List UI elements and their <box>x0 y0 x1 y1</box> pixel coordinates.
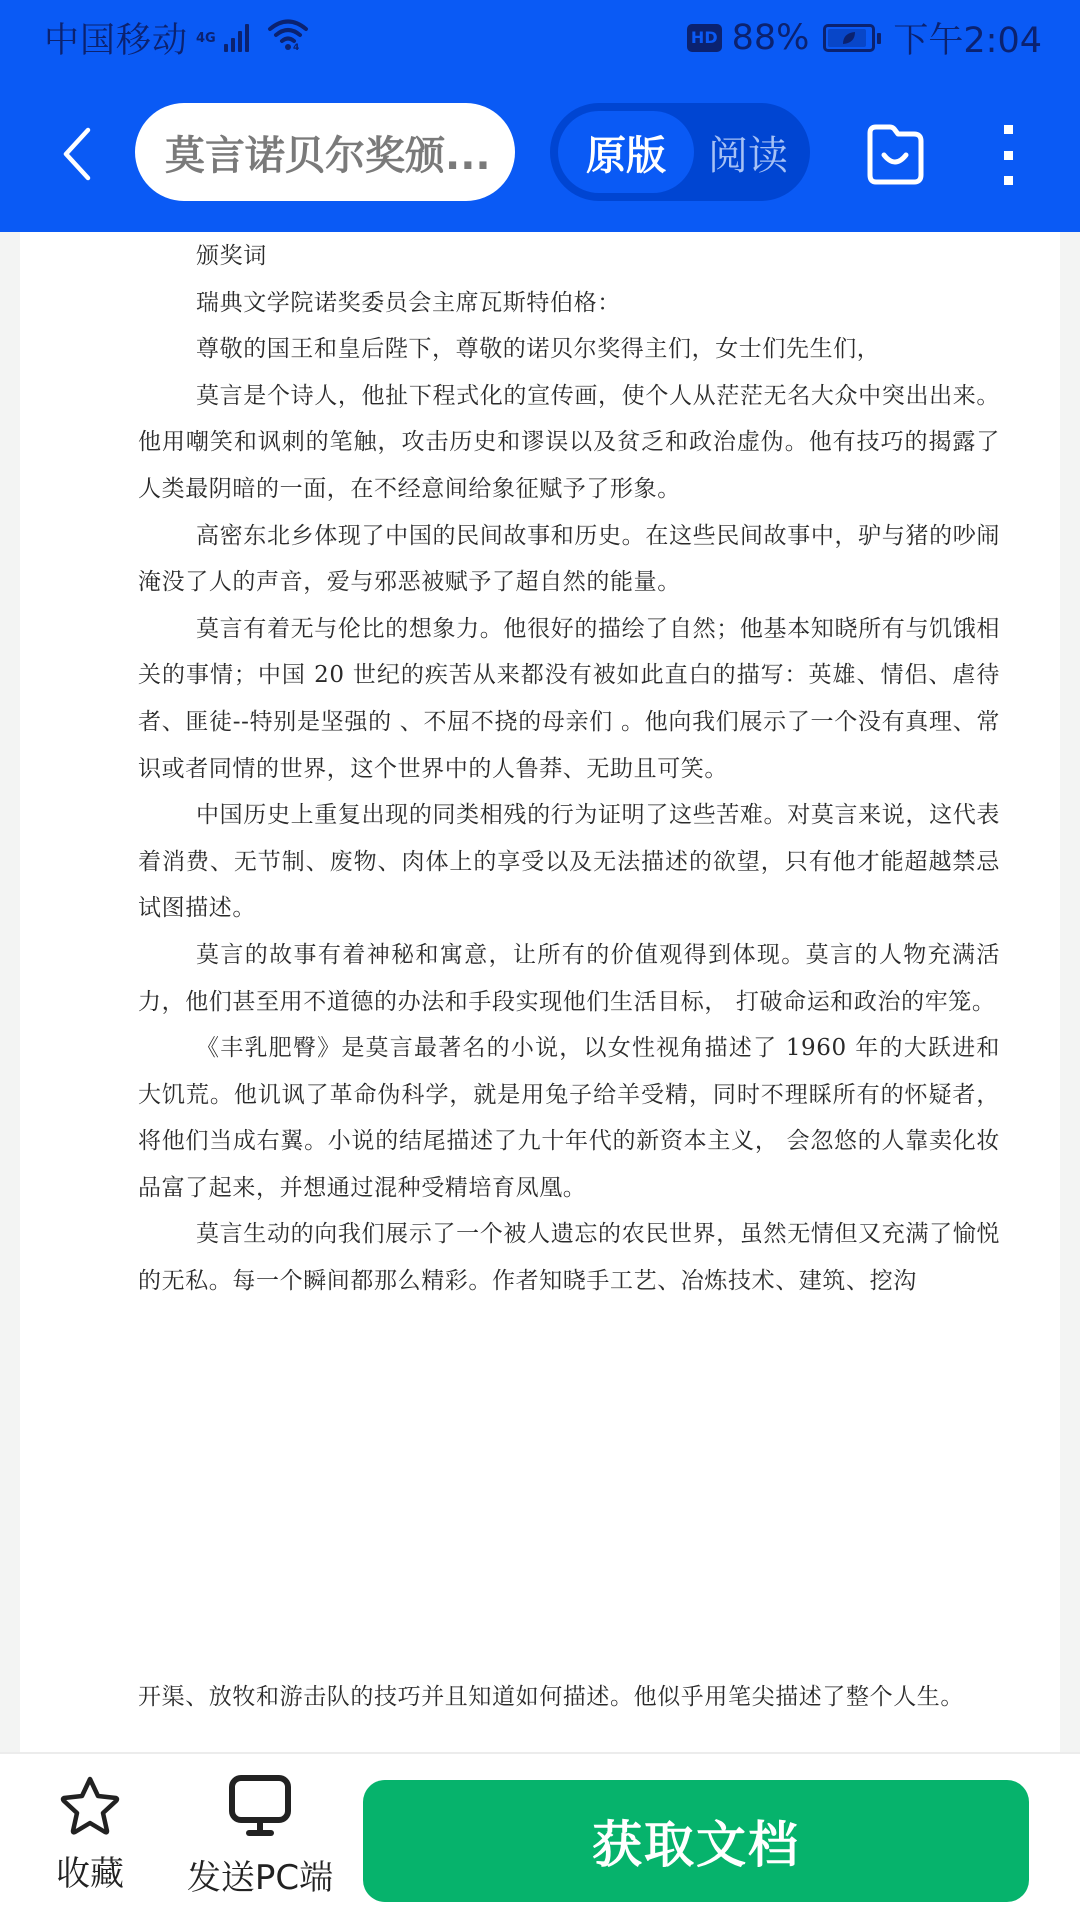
document-scroll-area[interactable]: 颁奖词 瑞典文学院诺奖委员会主席瓦斯特伯格： 尊敬的国王和皇后陛下，尊敬的诺贝尔… <box>0 232 1080 1752</box>
hd-icon: HD <box>687 24 722 52</box>
save-to-folder-button[interactable] <box>860 121 930 189</box>
document-title[interactable]: 莫言诺贝尔奖颁... <box>135 103 515 201</box>
battery-saver-icon <box>823 24 875 52</box>
carrier-name: 中国移动 <box>44 13 188 63</box>
send-to-pc-button[interactable]: 发送PC端 <box>180 1774 340 1899</box>
clock: 下午2:04 <box>893 13 1042 63</box>
star-outline-icon <box>57 1774 123 1836</box>
paragraph: 莫言是个诗人，他扯下程式化的宣传画，使个人从茫茫无名大众中突出出来。 他用嘲笑和… <box>138 373 1000 513</box>
svg-text:4: 4 <box>293 43 299 51</box>
view-mode-toggle: 原版 阅读 <box>550 103 810 201</box>
document-viewer-screen: 中国移动 4G 4 HD 88% <box>0 0 1080 1920</box>
favorite-label: 收藏 <box>56 1846 124 1895</box>
battery-percent: 88% <box>732 18 810 58</box>
paragraph: 莫言有着无与伦比的想象力。他很好的描绘了自然；他基本知晓所有与饥饿相关的事情；中… <box>138 606 1000 792</box>
wifi-icon: 4 <box>267 17 309 60</box>
paragraph: 瑞典文学院诺奖委员会主席瓦斯特伯格： <box>138 280 1000 327</box>
status-bar-right: HD 88% 下午2:04 <box>687 13 1042 63</box>
get-document-button[interactable]: 获取文档 <box>363 1780 1029 1902</box>
document-page-1: 颁奖词 瑞典文学院诺奖委员会主席瓦斯特伯格： 尊敬的国王和皇后陛下，尊敬的诺贝尔… <box>20 232 1060 1752</box>
folder-smile-icon <box>860 121 930 189</box>
send-to-pc-label: 发送PC端 <box>187 1850 333 1899</box>
chevron-left-icon <box>60 126 94 182</box>
paragraph: 《丰乳肥臀》是莫言最著名的小说，以女性视角描述了 1960 年的大跃进和大饥荒。… <box>138 1025 1000 1211</box>
app-header: 莫言诺贝尔奖颁... 原版 阅读 <box>0 76 1080 232</box>
paragraph: 颁奖词 <box>138 233 1000 280</box>
network-type: 4G <box>196 31 216 46</box>
bottom-action-bar: 收藏 发送PC端 获取文档 <box>0 1752 1080 1920</box>
paragraph: 开渠、放牧和游击队的技巧并且知道如何描述。他似乎用笔尖描述了整个人生。 <box>138 1674 1000 1721</box>
tab-reading[interactable]: 阅读 <box>698 111 798 193</box>
paragraph: 莫言的故事有着神秘和寓意，让所有的价值观得到体现。莫言的人物充满活力，他们甚至用… <box>138 932 1000 1025</box>
more-options-button[interactable] <box>990 121 1026 189</box>
monitor-icon <box>227 1774 293 1840</box>
paragraph: 尊敬的国王和皇后陛下，尊敬的诺贝尔奖得主们，女士们先生们， <box>138 326 1000 373</box>
status-bar-left: 中国移动 4G 4 <box>44 13 309 63</box>
page-1-body: 颁奖词 瑞典文学院诺奖委员会主席瓦斯特伯格： 尊敬的国王和皇后陛下，尊敬的诺贝尔… <box>138 233 1000 1305</box>
more-vertical-icon <box>1004 125 1013 134</box>
status-bar: 中国移动 4G 4 HD 88% <box>0 0 1080 76</box>
paragraph: 莫言生动的向我们展示了一个被人遗忘的农民世界，虽然无情但又充满了愉悦的无私。每一… <box>138 1211 1000 1304</box>
back-button[interactable] <box>52 120 102 188</box>
favorite-button[interactable]: 收藏 <box>52 1774 128 1895</box>
signal-icon <box>224 24 249 52</box>
document-page-2: 开渠、放牧和游击队的技巧并且知道如何描述。他似乎用笔尖描述了整个人生。 <box>20 1538 1060 1752</box>
paragraph: 中国历史上重复出现的同类相残的行为证明了这些苦难。对莫言来说，这代表着消费、无节… <box>138 792 1000 932</box>
paragraph: 高密东北乡体现了中国的民间故事和历史。在这些民间故事中，驴与猪的吵闹淹没了人的声… <box>138 513 1000 606</box>
tab-original[interactable]: 原版 <box>558 111 694 193</box>
page-2-body: 开渠、放牧和游击队的技巧并且知道如何描述。他似乎用笔尖描述了整个人生。 <box>138 1674 1000 1721</box>
